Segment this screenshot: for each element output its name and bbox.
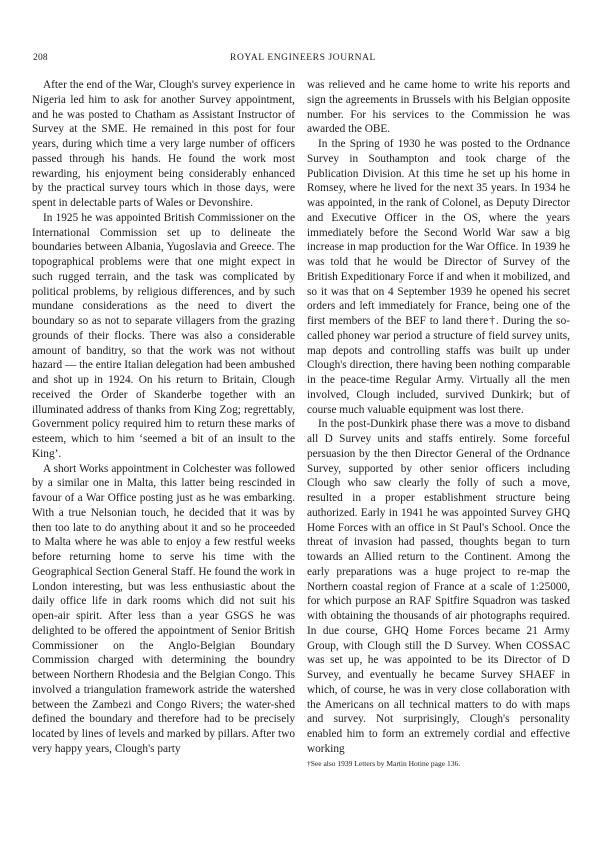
page-number: 208	[33, 53, 48, 63]
paragraph: In the Spring of 1930 he was posted to t…	[307, 137, 570, 417]
left-column: After the end of the War, Clough's surve…	[32, 78, 295, 757]
paragraph: In 1925 he was appointed British Commiss…	[32, 211, 295, 462]
paragraph: After the end of the War, Clough's surve…	[32, 78, 295, 211]
paragraph-continued: was relieved and he came home to write h…	[307, 78, 570, 137]
paragraph: A short Works appointment in Colchester …	[32, 462, 295, 757]
footnote: †See also 1939 Letters by Martin Hotine …	[307, 759, 570, 769]
paragraph: In the post-Dunkirk phase there was a mo…	[307, 417, 570, 756]
right-column: was relieved and he came home to write h…	[307, 78, 570, 769]
page-header: 208 ROYAL ENGINEERS JOURNAL	[33, 53, 573, 67]
running-title: ROYAL ENGINEERS JOURNAL	[193, 53, 413, 63]
